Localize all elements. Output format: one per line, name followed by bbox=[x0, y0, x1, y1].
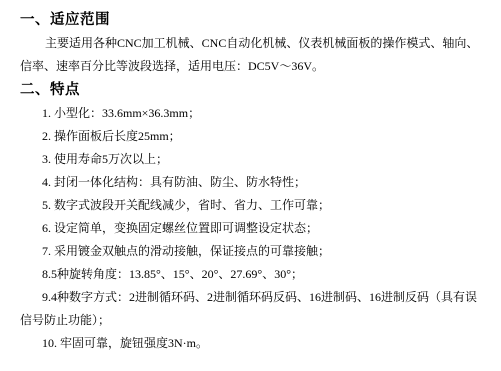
document-page: 一、适应范围 主要适用各种CNC加工机械、CNC自动化机械、仪表机械面板的操作模… bbox=[0, 0, 501, 371]
feature-item-6: 6. 设定简单，变换固定螺丝位置即可调整设定状态； bbox=[20, 217, 488, 240]
section-heading-scope: 一、适应范围 bbox=[20, 8, 488, 32]
section-heading-features: 二、特点 bbox=[20, 78, 488, 102]
feature-item-8: 8.5种旋转角度：13.85°、15°、20°、27.69°、30°； bbox=[20, 263, 488, 286]
feature-item-7: 7. 采用镀金双触点的滑动接触，保证接点的可靠接触； bbox=[20, 240, 488, 263]
feature-item-1: 1. 小型化：33.6mm×36.3mm； bbox=[20, 102, 488, 125]
feature-item-3: 3. 使用寿命5万次以上； bbox=[20, 148, 488, 171]
feature-item-2: 2. 操作面板后长度25mm； bbox=[20, 125, 488, 148]
feature-item-10: 10. 牢固可靠，旋钮强度3N·m。 bbox=[20, 332, 488, 355]
scope-paragraph: 主要适用各种CNC加工机械、CNC自动化机械、仪表机械面板的操作模式、轴向、信率… bbox=[20, 32, 488, 78]
feature-item-5: 5. 数字式波段开关配线减少，省时、省力、工作可靠； bbox=[20, 194, 488, 217]
feature-item-9: 9.4种数字方式：2进制循环码、2进制循环码反码、16进制码、16进制反码（具有… bbox=[20, 286, 488, 332]
feature-item-4: 4. 封闭一体化结构：具有防油、防尘、防水特性； bbox=[20, 171, 488, 194]
